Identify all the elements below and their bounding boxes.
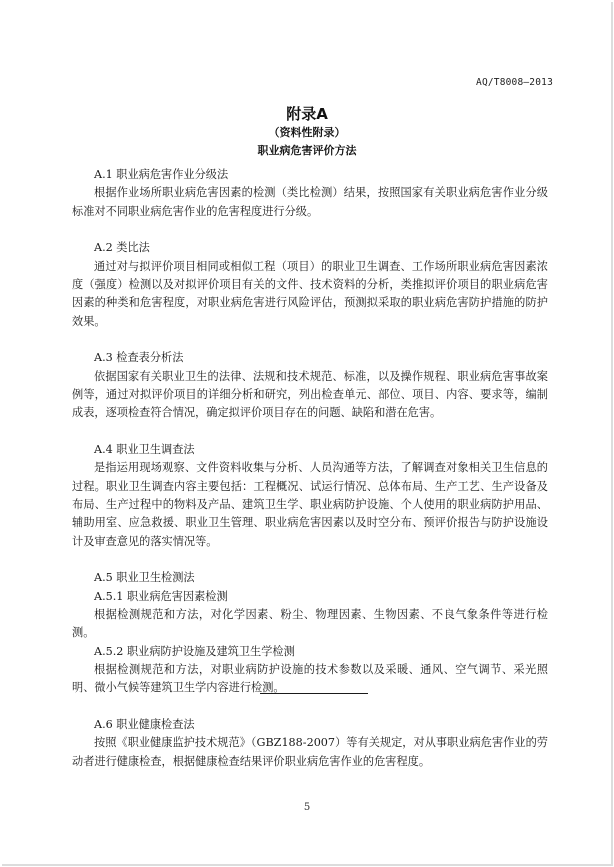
section-heading: A.3 检查表分析法 (72, 349, 548, 367)
document-body: A.1 职业病危害作业分级法 根据作业场所职业病危害因素的检测（类比检测）结果，… (72, 166, 548, 789)
title-block: 附录A （资料性附录） 职业病危害评价方法 (0, 104, 614, 160)
section-a1: A.1 职业病危害作业分级法 根据作业场所职业病危害因素的检测（类比检测）结果，… (72, 166, 548, 221)
section-heading: A.2 类比法 (72, 239, 548, 257)
section-heading: A.4 职业卫生调查法 (72, 441, 548, 459)
page-number: 5 (0, 802, 614, 813)
subsection-paragraph: 根据检测规范和方法，对化学因素、粉尘、物理因素、生物因素、不良气象条件等进行检测… (72, 606, 548, 643)
appendix-title: 附录A (0, 104, 614, 124)
appendix-type: （资料性附录） (0, 124, 614, 142)
section-a4: A.4 职业卫生调查法 是指运用现场观察、文件资料收集与分析、人员沟通等方法，了… (72, 441, 548, 551)
subsection-heading: A.5.2 职业病防护设施及建筑卫生学检测 (72, 643, 548, 661)
section-heading: A.1 职业病危害作业分级法 (72, 166, 548, 184)
appendix-name: 职业病危害评价方法 (0, 142, 614, 160)
section-heading: A.6 职业健康检查法 (72, 716, 548, 734)
section-heading: A.5 职业卫生检测法 (72, 569, 548, 587)
section-paragraph: 依据国家有关职业卫生的法律、法规和技术规范、标准，以及操作规程、职业病危害事故案… (72, 368, 548, 423)
subsection-heading: A.5.1 职业病危害因素检测 (72, 588, 548, 606)
end-rule-divider (260, 693, 368, 694)
section-paragraph: 按照《职业健康监护技术规范》（GBZ188-2007）等有关规定，对从事职业病危… (72, 734, 548, 771)
section-paragraph: 通过对与拟评价项目相同或相似工程（项目）的职业卫生调查、工作场所职业病危害因素浓… (72, 258, 548, 331)
section-a3: A.3 检查表分析法 依据国家有关职业卫生的法律、法规和技术规范、标准，以及操作… (72, 349, 548, 422)
subsection-paragraph: 根据检测规范和方法，对职业病防护设施的技术参数以及采暖、通风、空气调节、采光照明… (72, 661, 548, 698)
standard-code: AQ/T8008—2013 (476, 77, 553, 88)
document-page: AQ/T8008—2013 附录A （资料性附录） 职业病危害评价方法 A.1 … (0, 0, 611, 864)
section-a2: A.2 类比法 通过对与拟评价项目相同或相似工程（项目）的职业卫生调查、工作场所… (72, 239, 548, 330)
section-a6: A.6 职业健康检查法 按照《职业健康监护技术规范》（GBZ188-2007）等… (72, 716, 548, 771)
section-a5: A.5 职业卫生检测法 A.5.1 职业病危害因素检测 根据检测规范和方法，对化… (72, 569, 548, 697)
section-paragraph: 根据作业场所职业病危害因素的检测（类比检测）结果，按照国家有关职业病危害作业分级… (72, 184, 548, 221)
section-paragraph: 是指运用现场观察、文件资料收集与分析、人员沟通等方法，了解调查对象相关卫生信息的… (72, 459, 548, 550)
